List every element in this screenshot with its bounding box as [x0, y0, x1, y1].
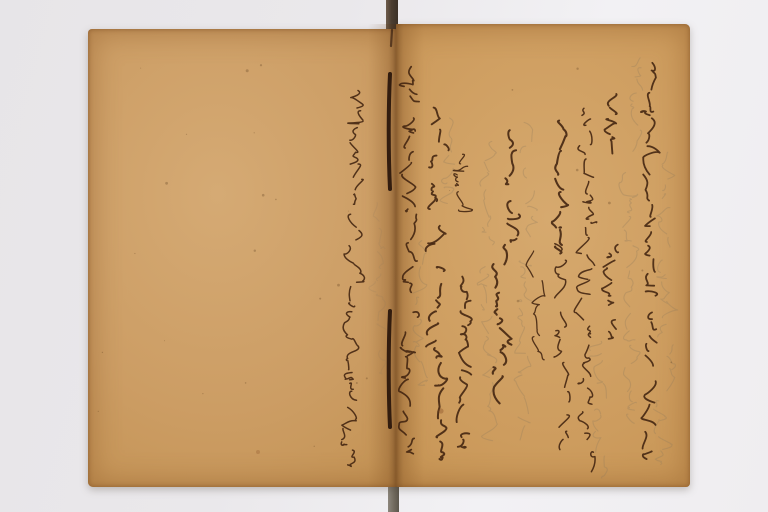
- left-page: [88, 29, 396, 487]
- stand-strip-bottom: [388, 483, 399, 512]
- photo-backdrop: { "photo": { "subject": "open stitched-b…: [0, 0, 768, 512]
- right-page: [396, 24, 690, 487]
- manuscript-book: [88, 24, 690, 487]
